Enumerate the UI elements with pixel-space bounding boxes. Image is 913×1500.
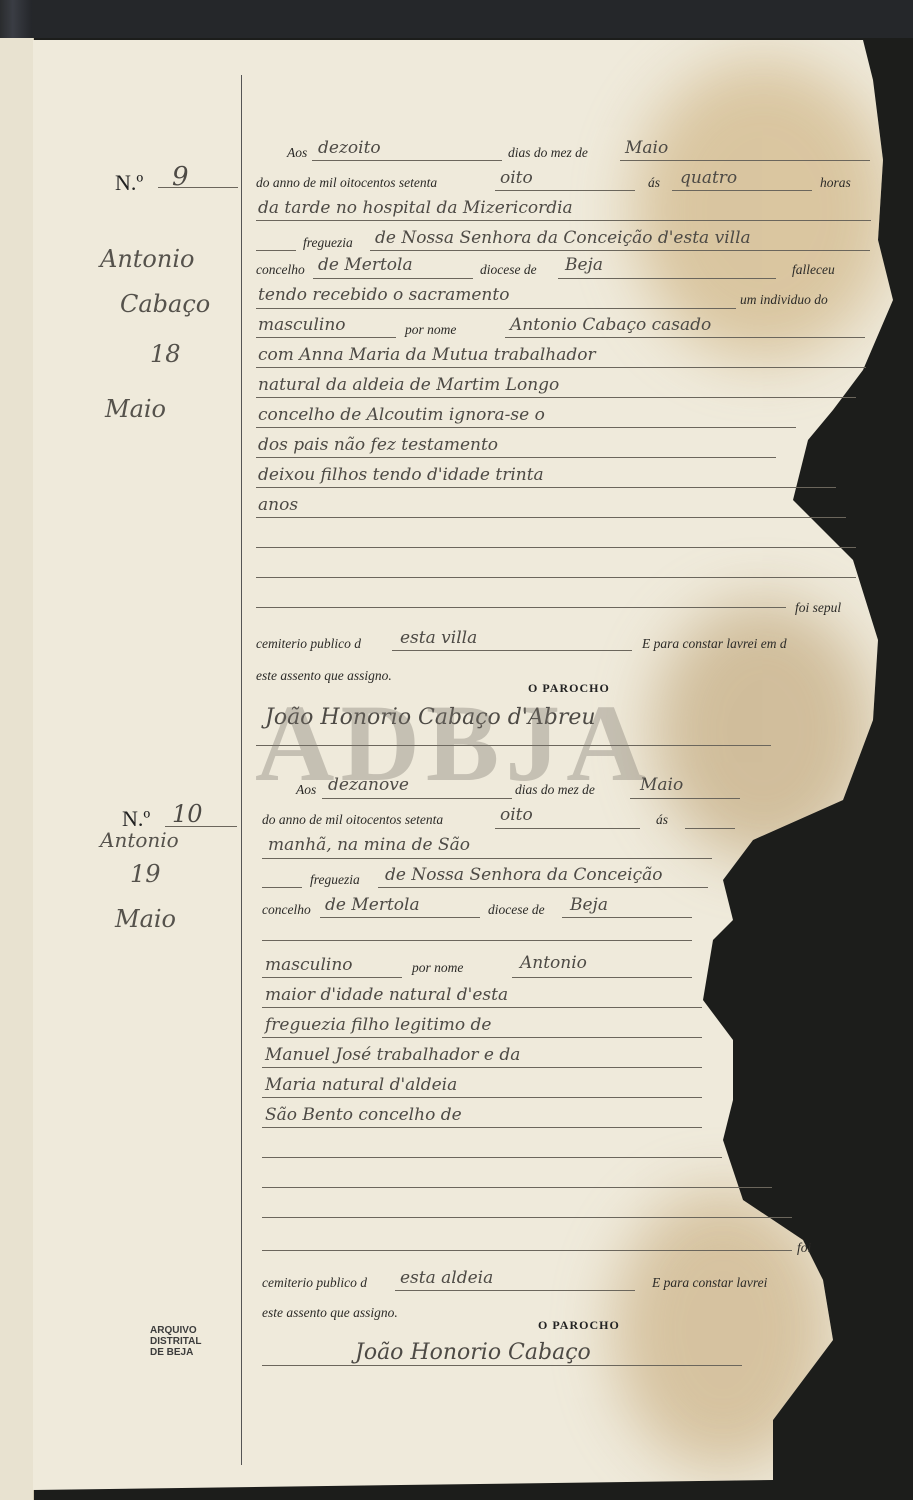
label-diocese: diocese de bbox=[480, 262, 537, 278]
underline bbox=[256, 427, 796, 428]
underline bbox=[262, 1187, 772, 1188]
underline bbox=[395, 1290, 635, 1291]
field-line: manhã, na mina de São bbox=[268, 835, 470, 855]
underline bbox=[505, 337, 865, 338]
label-por-nome: por nome bbox=[412, 960, 463, 976]
archive-stamp: ARQUIVO DISTRITAL DE BEJA bbox=[150, 1325, 230, 1370]
field-diocese: Beja bbox=[570, 895, 608, 915]
entry-number: 10 bbox=[172, 800, 203, 828]
field-concelho: de Mertola bbox=[325, 895, 420, 915]
field-nome: Antonio Cabaço casado bbox=[510, 315, 711, 335]
stamp-line: ARQUIVO bbox=[150, 1325, 230, 1336]
label-foi: foi bbox=[797, 1240, 811, 1256]
label-aos: Aos bbox=[287, 145, 307, 161]
field-line: da tarde no hospital da Mizericordia bbox=[258, 198, 573, 218]
underline bbox=[256, 367, 866, 368]
field-cemiterio: esta aldeia bbox=[400, 1268, 493, 1288]
underline bbox=[392, 650, 632, 651]
underline bbox=[256, 337, 396, 338]
label-dias: dias do mez de bbox=[508, 145, 588, 161]
field-nome: Antonio bbox=[520, 953, 587, 973]
field-line: com Anna Maria da Mutua trabalhador bbox=[258, 345, 596, 365]
label-diocese: diocese de bbox=[488, 902, 545, 918]
field-line: deixou filhos tendo d'idade trinta bbox=[258, 465, 544, 485]
underline bbox=[256, 487, 836, 488]
underline bbox=[370, 250, 870, 251]
underline bbox=[165, 826, 237, 827]
underline bbox=[495, 828, 640, 829]
underline bbox=[620, 160, 870, 161]
column-divider bbox=[241, 75, 242, 1465]
label-freguezia: freguezia bbox=[303, 235, 353, 251]
label-individuo: um individuo do bbox=[740, 292, 828, 308]
margin-month: Maio bbox=[105, 395, 166, 423]
label-cemiterio: cemiterio publico d bbox=[256, 636, 361, 652]
underline bbox=[158, 187, 238, 188]
underline bbox=[320, 917, 480, 918]
underline bbox=[672, 190, 812, 191]
field-hora: quatro bbox=[680, 168, 737, 188]
field-dia: dezanove bbox=[328, 775, 409, 795]
underline bbox=[256, 397, 856, 398]
label-anno: do anno de mil oitocentos setenta bbox=[262, 812, 443, 828]
label-parocho: O PAROCHO bbox=[538, 1318, 620, 1333]
label-horas: horas bbox=[820, 175, 851, 191]
underline bbox=[262, 1007, 702, 1008]
underline bbox=[322, 798, 512, 799]
field-freguezia: de Nossa Senhora da Conceição d'esta vil… bbox=[375, 228, 751, 248]
underline bbox=[256, 457, 776, 458]
field-line: tendo recebido o sacramento bbox=[258, 285, 509, 305]
entry-number-label: N.º bbox=[115, 170, 143, 196]
label-aos: Aos bbox=[296, 782, 316, 798]
field-line: São Bento concelho de bbox=[265, 1105, 462, 1125]
water-stain bbox=[613, 1190, 833, 1470]
underline bbox=[256, 308, 736, 309]
field-line: freguezia filho legitimo de bbox=[265, 1015, 491, 1035]
underline bbox=[256, 250, 296, 251]
label-concelho: concelho bbox=[256, 262, 305, 278]
label-constar: E para constar lavrei bbox=[652, 1275, 767, 1291]
label-foi-sepul: foi sepul bbox=[795, 600, 841, 616]
label-cemiterio: cemiterio publico d bbox=[262, 1275, 367, 1291]
underline bbox=[262, 887, 302, 888]
margin-name: Antonio bbox=[100, 828, 179, 852]
label-por-nome: por nome bbox=[405, 322, 456, 338]
underline bbox=[262, 1217, 792, 1218]
label-constar: E para constar lavrei em d bbox=[642, 636, 787, 652]
underline bbox=[512, 977, 692, 978]
field-dia: dezoito bbox=[318, 138, 381, 158]
field-concelho: de Mertola bbox=[318, 255, 413, 275]
underline bbox=[558, 278, 776, 279]
field-mez: Maio bbox=[625, 138, 668, 158]
underline bbox=[256, 577, 856, 578]
field-line: dos pais não fez testamento bbox=[258, 435, 498, 455]
underline bbox=[256, 220, 871, 221]
label-assento: este assento que assigno. bbox=[262, 1305, 398, 1321]
field-line: maior d'idade natural d'esta bbox=[265, 985, 508, 1005]
underline bbox=[630, 798, 740, 799]
field-line: anos bbox=[258, 495, 298, 515]
field-anno: oito bbox=[500, 805, 533, 825]
label-anno: do anno de mil oitocentos setenta bbox=[256, 175, 437, 191]
scanner-background-top bbox=[0, 0, 913, 38]
underline bbox=[262, 1097, 702, 1098]
underline bbox=[312, 160, 502, 161]
label-dias: dias do mez de bbox=[515, 782, 595, 798]
underline bbox=[256, 517, 846, 518]
underline bbox=[256, 607, 786, 608]
margin-month: Maio bbox=[115, 905, 176, 933]
margin-day: 19 bbox=[130, 860, 161, 888]
facing-page-edge bbox=[0, 38, 34, 1500]
label-as: ás bbox=[656, 812, 668, 828]
label-freguezia: freguezia bbox=[310, 872, 360, 888]
label-as: ás bbox=[648, 175, 660, 191]
field-cemiterio: esta villa bbox=[400, 628, 477, 648]
underline bbox=[562, 917, 692, 918]
underline bbox=[262, 1250, 792, 1251]
field-line: concelho de Alcoutim ignora-se o bbox=[258, 405, 545, 425]
field-mez: Maio bbox=[640, 775, 683, 795]
underline bbox=[262, 1037, 702, 1038]
field-line: natural da aldeia de Martim Longo bbox=[258, 375, 559, 395]
field-line: Manuel José trabalhador e da bbox=[265, 1045, 520, 1065]
underline bbox=[313, 278, 473, 279]
field-anno: oito bbox=[500, 168, 533, 188]
underline bbox=[378, 887, 708, 888]
field-line: Maria natural d'aldeia bbox=[265, 1075, 457, 1095]
underline bbox=[256, 547, 856, 548]
underline bbox=[262, 1365, 742, 1366]
label-concelho: concelho bbox=[262, 902, 311, 918]
margin-day: 18 bbox=[150, 340, 181, 368]
field-freguezia: de Nossa Senhora da Conceição bbox=[385, 865, 662, 885]
underline bbox=[262, 977, 402, 978]
underline bbox=[495, 190, 635, 191]
label-falleceu: falleceu bbox=[792, 262, 835, 278]
field-diocese: Beja bbox=[565, 255, 603, 275]
underline bbox=[262, 1157, 722, 1158]
field-sexo: masculino bbox=[265, 955, 353, 975]
stamp-line: DE BEJA bbox=[150, 1347, 230, 1358]
field-sexo: masculino bbox=[258, 315, 346, 335]
priest-signature: João Honorio Cabaço bbox=[355, 1340, 591, 1365]
underline bbox=[262, 940, 692, 941]
margin-name: Antonio bbox=[100, 245, 194, 273]
underline bbox=[262, 1127, 702, 1128]
underline bbox=[262, 858, 712, 859]
underline bbox=[262, 1067, 702, 1068]
stamp-line: DISTRITAL bbox=[150, 1336, 230, 1347]
margin-surname: Cabaço bbox=[120, 290, 210, 318]
underline bbox=[685, 828, 735, 829]
